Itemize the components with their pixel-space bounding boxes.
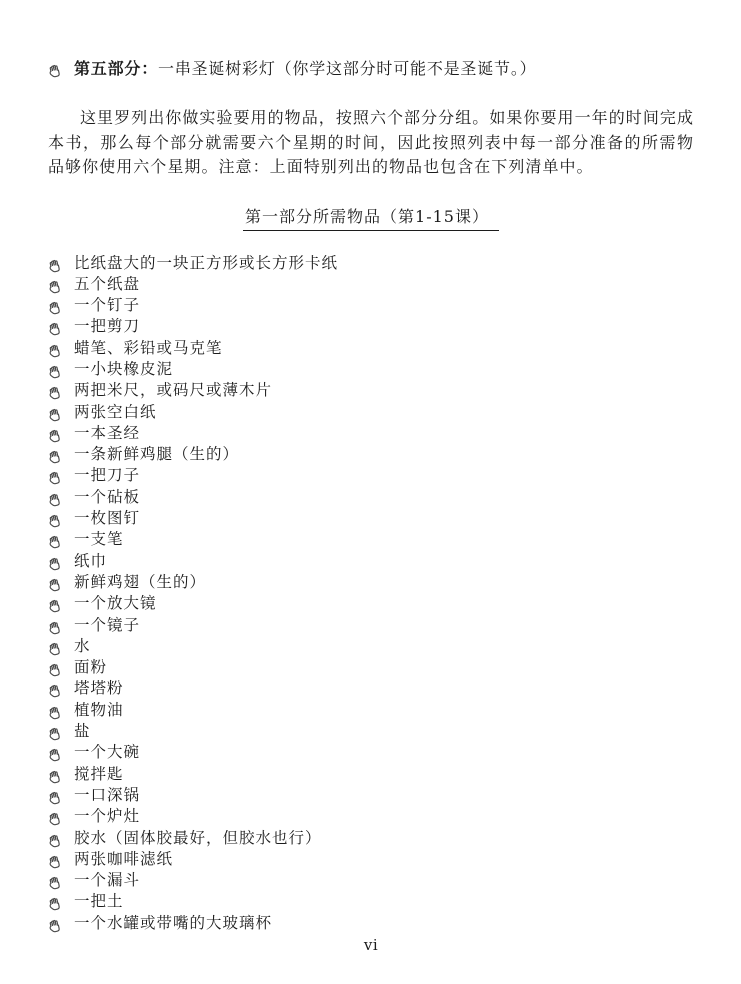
hand-bullet-icon xyxy=(48,380,74,400)
hand-bullet-icon xyxy=(48,700,74,720)
list-item-label: 搅拌匙 xyxy=(74,764,124,784)
list-item: 一把土 xyxy=(48,891,694,912)
hand-bullet-icon xyxy=(48,636,74,656)
list-item-label: 一条新鲜鸡腿（生的） xyxy=(74,444,239,464)
list-item: 一个炉灶 xyxy=(48,806,694,827)
list-item-label: 比纸盘大的一块正方形或长方形卡纸 xyxy=(74,253,338,273)
list-item-label: 一把刀子 xyxy=(74,465,140,485)
hand-bullet-icon xyxy=(48,338,74,358)
list-item: 植物油 xyxy=(48,700,694,721)
list-item: 一支笔 xyxy=(48,529,694,550)
list-item-label: 蜡笔、彩铅或马克笔 xyxy=(74,338,223,358)
hand-bullet-icon xyxy=(48,402,74,422)
special-item-description: 一串圣诞树彩灯（你学这部分时可能不是圣诞节。） xyxy=(158,59,536,78)
list-item-label: 一个镜子 xyxy=(74,615,140,635)
hand-bullet-icon xyxy=(48,870,74,890)
list-item-label: 面粉 xyxy=(74,657,107,677)
list-item-label: 水 xyxy=(74,636,91,656)
list-item-label: 盐 xyxy=(74,721,91,741)
list-item: 一个水罐或带嘴的大玻璃杯 xyxy=(48,913,694,934)
list-item: 一条新鲜鸡腿（生的） xyxy=(48,444,694,465)
list-item-label: 新鲜鸡翅（生的） xyxy=(74,572,206,592)
list-item-label: 一个水罐或带嘴的大玻璃杯 xyxy=(74,913,272,933)
page-number: vi xyxy=(48,936,694,984)
list-item: 胶水（固体胶最好，但胶水也行） xyxy=(48,828,694,849)
list-item-label: 一个钉子 xyxy=(74,295,140,315)
section-heading: 第一部分所需物品（第1-15课） xyxy=(243,204,499,231)
supplies-list: 比纸盘大的一块正方形或长方形卡纸 五个纸盘 xyxy=(48,253,694,935)
list-item: 一把刀子 xyxy=(48,465,694,486)
hand-bullet-icon xyxy=(48,423,74,443)
list-item-label: 一把土 xyxy=(74,891,124,911)
list-item: 盐 xyxy=(48,721,694,742)
list-item-label: 一个放大镜 xyxy=(74,593,157,613)
special-item-label: 第五部分： xyxy=(74,59,158,78)
list-item-label: 植物油 xyxy=(74,700,124,720)
list-item: 水 xyxy=(48,636,694,657)
hand-bullet-icon xyxy=(48,529,74,549)
list-item: 新鲜鸡翅（生的） xyxy=(48,572,694,593)
list-item: 一个钉子 xyxy=(48,295,694,316)
list-item: 一个漏斗 xyxy=(48,870,694,891)
list-item-label: 一枚图钉 xyxy=(74,508,140,528)
hand-bullet-icon xyxy=(48,721,74,741)
list-item-label: 一个漏斗 xyxy=(74,870,140,890)
hand-bullet-icon xyxy=(48,764,74,784)
list-item-label: 一个炉灶 xyxy=(74,806,140,826)
hand-bullet-icon xyxy=(48,572,74,592)
list-item: 一个砧板 xyxy=(48,487,694,508)
hand-bullet-icon xyxy=(48,657,74,677)
list-item: 一个大碗 xyxy=(48,742,694,763)
list-item: 比纸盘大的一块正方形或长方形卡纸 xyxy=(48,253,694,274)
hand-bullet-icon xyxy=(48,828,74,848)
hand-bullet-icon xyxy=(48,487,74,507)
list-item: 一本圣经 xyxy=(48,423,694,444)
hand-bullet-icon xyxy=(48,359,74,379)
hand-bullet-icon xyxy=(48,316,74,336)
list-item-label: 纸巾 xyxy=(74,551,107,571)
list-item: 五个纸盘 xyxy=(48,274,694,295)
hand-bullet-icon xyxy=(48,678,74,698)
list-item: 面粉 xyxy=(48,657,694,678)
list-item: 两张空白纸 xyxy=(48,402,694,423)
list-item: 纸巾 xyxy=(48,551,694,572)
hand-bullet-icon xyxy=(48,295,74,315)
hand-bullet-icon xyxy=(48,508,74,528)
intro-paragraph: 这里罗列出你做实验要用的物品，按照六个部分分组。如果你要用一年的时间完成本书，那… xyxy=(48,106,694,180)
list-item: 一小块橡皮泥 xyxy=(48,359,694,380)
hand-bullet-icon xyxy=(48,891,74,911)
list-item-label: 两张空白纸 xyxy=(74,402,157,422)
list-item: 一口深锅 xyxy=(48,785,694,806)
list-item: 蜡笔、彩铅或马克笔 xyxy=(48,338,694,359)
list-item: 一个放大镜 xyxy=(48,593,694,614)
document-page: 第五部分：一串圣诞树彩灯（你学这部分时可能不是圣诞节。） 这里罗列出你做实验要用… xyxy=(0,0,741,984)
hand-bullet-icon xyxy=(48,806,74,826)
hand-bullet-icon xyxy=(48,444,74,464)
list-item: 搅拌匙 xyxy=(48,764,694,785)
list-item-label: 两张咖啡滤纸 xyxy=(74,849,173,869)
list-item-label: 胶水（固体胶最好，但胶水也行） xyxy=(74,828,322,848)
list-item-label: 一本圣经 xyxy=(74,423,140,443)
list-item: 一把剪刀 xyxy=(48,316,694,337)
list-item-label: 一小块橡皮泥 xyxy=(74,359,173,379)
hand-bullet-icon xyxy=(48,742,74,762)
list-item-label: 一把剪刀 xyxy=(74,316,140,336)
hand-bullet-icon xyxy=(48,58,74,78)
list-item-label: 五个纸盘 xyxy=(74,274,140,294)
list-item-label: 两把米尺，或码尺或薄木片 xyxy=(74,380,272,400)
hand-bullet-icon xyxy=(48,274,74,294)
list-item: 两把米尺，或码尺或薄木片 xyxy=(48,380,694,401)
list-item: 两张咖啡滤纸 xyxy=(48,849,694,870)
list-item-label: 一支笔 xyxy=(74,529,124,549)
list-item: 一个镜子 xyxy=(48,615,694,636)
list-item-label: 一口深锅 xyxy=(74,785,140,805)
hand-bullet-icon xyxy=(48,253,74,273)
list-item: 塔塔粉 xyxy=(48,678,694,699)
section-heading-row: 第一部分所需物品（第1-15课） xyxy=(48,204,694,231)
hand-bullet-icon xyxy=(48,785,74,805)
list-item-special: 第五部分：一串圣诞树彩灯（你学这部分时可能不是圣诞节。） xyxy=(48,58,694,80)
special-item-text: 第五部分：一串圣诞树彩灯（你学这部分时可能不是圣诞节。） xyxy=(74,58,536,80)
list-item: 一枚图钉 xyxy=(48,508,694,529)
list-item-label: 一个大碗 xyxy=(74,742,140,762)
list-item-label: 塔塔粉 xyxy=(74,678,124,698)
list-item-label: 一个砧板 xyxy=(74,487,140,507)
hand-bullet-icon xyxy=(48,615,74,635)
hand-bullet-icon xyxy=(48,551,74,571)
hand-bullet-icon xyxy=(48,465,74,485)
hand-bullet-icon xyxy=(48,913,74,933)
hand-bullet-icon xyxy=(48,593,74,613)
hand-bullet-icon xyxy=(48,849,74,869)
